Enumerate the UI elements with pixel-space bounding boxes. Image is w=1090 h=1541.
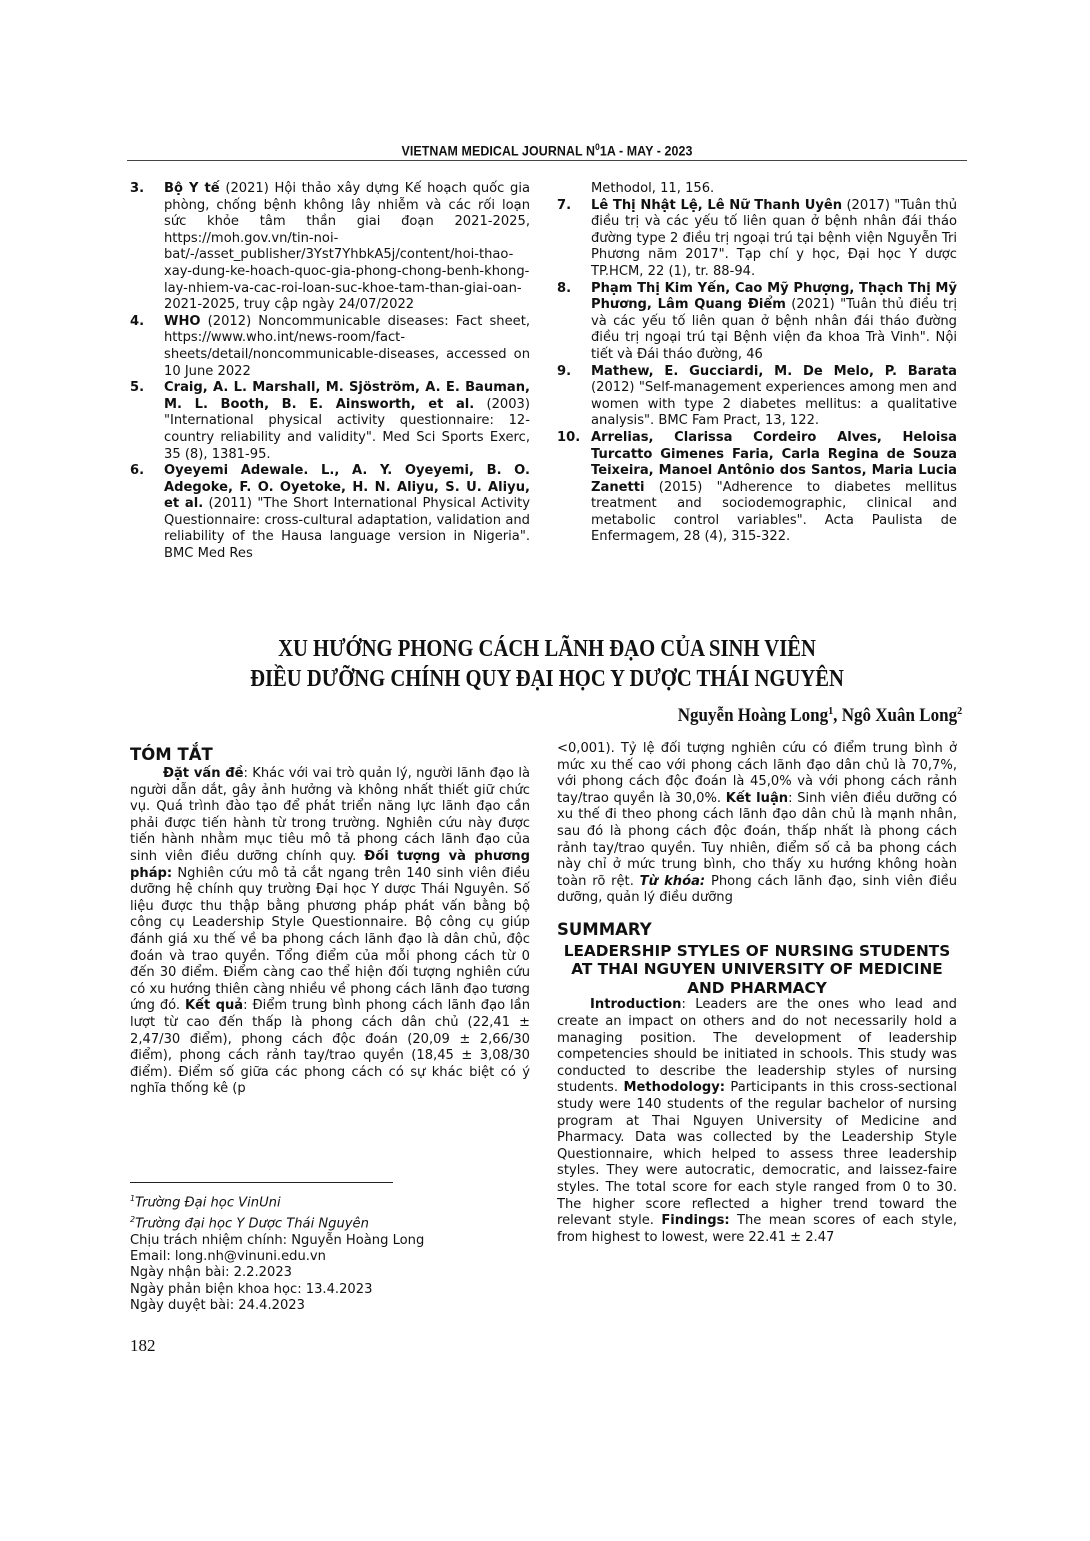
conclusion-label: Kết luận (726, 791, 788, 806)
author-email: Email: long.nh@vinuni.edu.vn (130, 1249, 550, 1265)
header-rule (127, 160, 967, 161)
reference-text: (2015) "Adherence to diabetes mellitus t… (591, 480, 957, 545)
reference-authors: Lê Thị Nhật Lệ, Lê Nữ Thanh Uyên (591, 198, 842, 213)
reference-number: 4. (130, 314, 144, 331)
reference-continuation: Methodol, 11, 156. (557, 181, 957, 198)
reference-number: 3. (130, 181, 144, 198)
reference-item: 7.Lê Thị Nhật Lệ, Lê Nữ Thanh Uyên (2017… (557, 198, 957, 281)
reference-item: 8.Phạm Thị Kim Yến, Cao Mỹ Phượng, Thạch… (557, 281, 957, 364)
reference-number: 10. (557, 430, 580, 447)
reference-text: (2021) Hội thảo xây dựng Kế hoạch quốc g… (164, 181, 530, 312)
abstract-right-column: <0,001). Tỷ lệ đối tượng nghiên cứu có đ… (557, 741, 957, 1246)
methods-text: Nghiên cứu mô tả cắt ngang trên 140 sinh… (130, 866, 530, 1014)
summary-body: Introduction: Leaders are the ones who l… (557, 997, 957, 1246)
issue-date: 1A - MAY - 2023 (600, 144, 693, 159)
page-number: 182 (130, 1336, 156, 1356)
author-separator: , (833, 706, 842, 726)
journal-page: VIETNAM MEDICAL JOURNAL N01A - MAY - 202… (0, 0, 1090, 1541)
reference-item: 10.Arrelias, Clarissa Cordeiro Alves, He… (557, 430, 957, 546)
author-name: Nguyễn Hoàng Long (678, 706, 828, 726)
findings-label: Findings: (661, 1213, 729, 1228)
reference-authors: Bộ Y tế (164, 181, 220, 196)
reference-number: 9. (557, 364, 571, 381)
date-received: Ngày nhận bài: 2.2.2023 (130, 1265, 550, 1281)
journal-name: VIETNAM MEDICAL JOURNAL N (401, 144, 595, 159)
affiliation-1: 1Trường Đại học VinUni (130, 1191, 550, 1212)
article-title-line-2: ĐIỀU DƯỠNG CHÍNH QUY ĐẠI HỌC Y DƯỢC THÁI… (186, 664, 908, 694)
article-authors: Nguyễn Hoàng Long1, Ngô Xuân Long2 (678, 705, 962, 727)
date-accepted: Ngày duyệt bài: 24.4.2023 (130, 1298, 550, 1314)
affiliation-2: 2Trường đại học Y Dược Thái Nguyên (130, 1212, 550, 1233)
reference-number: 5. (130, 380, 144, 397)
summary-heading: SUMMARY (557, 920, 957, 940)
abstract-body: Đặt vấn đề: Khác với vai trò quản lý, ng… (130, 766, 530, 1098)
reference-item: 9.Mathew, E. Gucciardi, M. De Melo, P. B… (557, 364, 957, 430)
keywords-label: Từ khóa: (640, 874, 706, 889)
affiliation-text: Trường đại học Y Dược Thái Nguyên (135, 1216, 369, 1231)
results-label: Kết quả (185, 998, 243, 1013)
reference-text: (2011) "The Short International Physical… (164, 496, 530, 561)
introduction-label: Introduction (590, 997, 681, 1012)
reference-item: 3.Bộ Y tế (2021) Hội thảo xây dựng Kế ho… (130, 181, 530, 314)
reference-text: (2012) Noncommunicable diseases: Fact sh… (164, 314, 530, 379)
reference-number: 7. (557, 198, 571, 215)
background-label: Đặt vấn đề (163, 766, 244, 781)
footnote-rule (130, 1182, 393, 1183)
reference-number: 8. (557, 281, 571, 298)
corresponding-author: Chịu trách nhiệm chính: Nguyễn Hoàng Lon… (130, 1233, 550, 1249)
abstract-heading: TÓM TẮT (130, 745, 530, 765)
methodology-label: Methodology: (624, 1080, 725, 1095)
methodology-text: Participants in this cross-sectional stu… (557, 1080, 957, 1228)
article-title-line-1: XU HƯỚNG PHONG CÁCH LÃNH ĐẠO CỦA SINH VI… (186, 634, 908, 664)
reference-authors: Mathew, E. Gucciardi, M. De Melo, P. Bar… (591, 364, 957, 379)
footnotes: 1Trường Đại học VinUni 2Trường đại học Y… (130, 1191, 550, 1315)
reference-item: 6.Oyeyemi Adewale. L., A. Y. Oyeyemi, B.… (130, 463, 530, 563)
reference-item: 5.Craig, A. L. Marshall, M. Sjöström, A.… (130, 380, 530, 463)
author-name: Ngô Xuân Long (842, 706, 957, 726)
reference-authors: WHO (164, 314, 201, 329)
references-left-column: 3.Bộ Y tế (2021) Hội thảo xây dựng Kế ho… (130, 181, 530, 563)
article-title: XU HƯỚNG PHONG CÁCH LÃNH ĐẠO CỦA SINH VI… (186, 634, 908, 694)
reference-item: 4.WHO (2012) Noncommunicable diseases: F… (130, 314, 530, 380)
abstract-continuation: <0,001). Tỷ lệ đối tượng nghiên cứu có đ… (557, 741, 957, 907)
references-right-column: Methodol, 11, 156. 7.Lê Thị Nhật Lệ, Lê … (557, 181, 957, 546)
affiliation-text: Trường Đại học VinUni (135, 1195, 281, 1210)
date-reviewed: Ngày phản biện khoa học: 13.4.2023 (130, 1282, 550, 1298)
abstract-vietnamese: TÓM TẮT Đặt vấn đề: Khác với vai trò quả… (130, 745, 530, 1098)
reference-text: (2012) "Self-management experiences amon… (591, 380, 957, 428)
running-header: VIETNAM MEDICAL JOURNAL N01A - MAY - 202… (161, 142, 934, 159)
english-title: LEADERSHIP STYLES OF NURSING STUDENTS AT… (557, 942, 957, 998)
author-affiliation-mark: 2 (957, 705, 962, 717)
reference-number: 6. (130, 463, 144, 480)
